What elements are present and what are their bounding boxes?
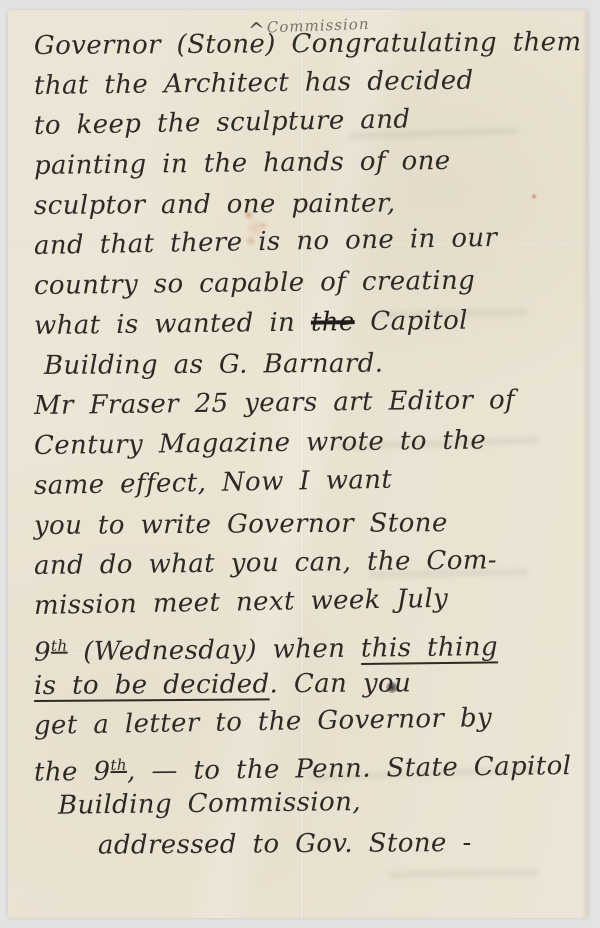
text-segment: painting in the hands of one bbox=[34, 146, 451, 181]
handwritten-line: painting in the hands of one bbox=[34, 139, 582, 186]
text-segment: the 9 bbox=[34, 757, 111, 788]
handwritten-line: Mr Fraser 25 years art Editor of bbox=[34, 379, 582, 426]
handwritten-line: 9th (Wednesday) when this thing bbox=[34, 619, 582, 666]
text-segment: (Wednesday) when bbox=[67, 634, 361, 668]
handwritten-line: addressed to Gov. Stone - bbox=[34, 822, 582, 866]
handwritten-line: same effect, Now I want bbox=[34, 456, 583, 506]
ink-showthrough-mark bbox=[388, 869, 538, 879]
text-segment: is to be decided bbox=[34, 669, 270, 701]
text-segment: this thing bbox=[361, 632, 498, 664]
handwritten-line: country so capable of creating bbox=[34, 259, 582, 306]
text-segment: to keep the sculpture and bbox=[34, 104, 411, 141]
text-segment: mission meet next week July bbox=[34, 584, 449, 621]
handwritten-line: get a letter to the Governor by bbox=[34, 696, 583, 746]
text-segment: th bbox=[110, 756, 127, 774]
text-segment: Century Magazine wrote to the bbox=[34, 425, 487, 461]
letter-page: ^Commission Governor (Stone) Congratulat… bbox=[8, 10, 588, 918]
text-segment: the bbox=[311, 307, 355, 338]
text-segment: Building as G. Barnard. bbox=[44, 349, 384, 381]
handwritten-line: the 9th, — to the Penn. State Capitol bbox=[34, 739, 582, 786]
text-segment: and do what you can, the Com- bbox=[34, 545, 497, 581]
text-segment: . Can you bbox=[269, 668, 411, 699]
handwritten-line: what is wanted in the Capitol bbox=[34, 299, 582, 346]
text-segment: get a letter to the Governor by bbox=[34, 703, 493, 741]
text-segment: what is wanted in bbox=[34, 308, 311, 341]
text-segment: you to write Governor Stone bbox=[34, 508, 448, 541]
text-segment: country so capable of creating bbox=[34, 266, 476, 301]
paper-edge-shadow bbox=[582, 10, 588, 918]
text-segment: that the Architect has decided bbox=[34, 66, 474, 101]
letter-lines: Governor (Stone) Congratulating themthat… bbox=[34, 26, 582, 866]
text-segment: addressed to Gov. Stone - bbox=[98, 828, 472, 861]
text-segment: Mr Fraser 25 years art Editor of bbox=[34, 385, 515, 421]
handwritten-line: and that there is no one in our bbox=[34, 216, 583, 266]
handwritten-line: to keep the sculpture and bbox=[34, 96, 583, 146]
text-segment: Building Commission, bbox=[58, 787, 361, 821]
text-segment: Governor (Stone) Congratulating them bbox=[34, 27, 582, 61]
page-background: ^Commission Governor (Stone) Congratulat… bbox=[0, 0, 600, 928]
handwritten-line: Building Commission, bbox=[34, 779, 582, 826]
text-segment: sculptor and one painter, bbox=[34, 188, 396, 221]
handwritten-line: mission meet next week July bbox=[34, 576, 583, 626]
text-segment: Capitol bbox=[354, 306, 468, 337]
text-segment: same effect, Now I want bbox=[34, 465, 393, 501]
text-segment: 9 bbox=[34, 637, 51, 667]
text-segment: and that there is no one in our bbox=[34, 223, 498, 261]
text-segment: th bbox=[51, 637, 68, 655]
